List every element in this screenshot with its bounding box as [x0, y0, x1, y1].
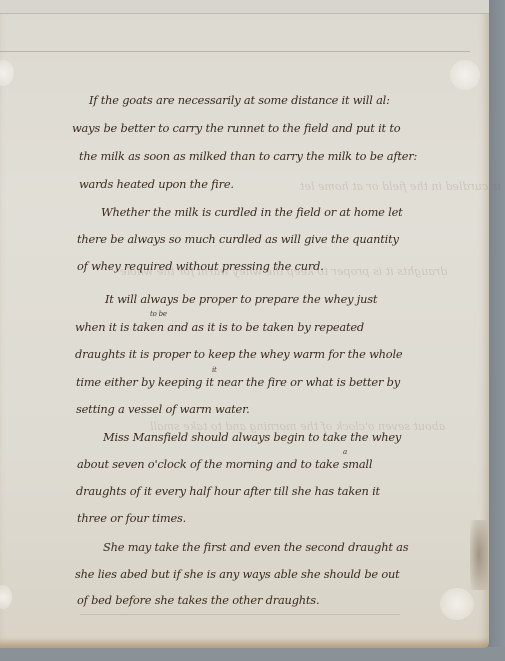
- text-line: draughts it is proper to keep the whey w…: [75, 347, 402, 361]
- interlinear-insertion: a: [343, 448, 347, 456]
- text-line: three or four times.: [77, 511, 186, 525]
- text-line: wards heated upon the fire.: [79, 177, 234, 191]
- interlinear-insertion: to be: [150, 310, 167, 318]
- text-line: setting a vessel of warm water.: [76, 402, 250, 416]
- paper-stain: [440, 588, 474, 620]
- text-line: draughts of it every half hour after til…: [76, 484, 380, 498]
- paper-stain: [0, 585, 12, 609]
- paper-stain: [0, 60, 14, 86]
- manuscript-page: Whether the milk is curdled in the field…: [0, 0, 489, 648]
- ruled-line-bottom: [80, 614, 400, 615]
- text-line: She may take the first and even the seco…: [103, 540, 408, 554]
- ink-smudge: [470, 520, 488, 590]
- paper-stain: [450, 60, 480, 90]
- page-top-fold: [0, 0, 489, 14]
- archival-backing-bottom: [0, 647, 505, 661]
- interlinear-insertion: it: [212, 366, 217, 374]
- text-line: the milk as soon as milked than to carry…: [79, 149, 417, 163]
- text-line: of whey required without pressing the cu…: [77, 259, 324, 273]
- archival-backing-right: [488, 0, 505, 661]
- text-line: Miss Mansfield should always begin to ta…: [103, 430, 401, 444]
- text-line: about seven o'clock of the morning and t…: [77, 457, 372, 471]
- text-line: Whether the milk is curdled in the field…: [101, 205, 403, 219]
- text-line: she lies abed but if she is any ways abl…: [75, 567, 400, 581]
- text-line: If the goats are necessarily at some dis…: [89, 93, 390, 107]
- show-through-text: Whether the milk is curdled in the field…: [300, 180, 505, 193]
- text-line: of bed before she takes the other draugh…: [77, 593, 319, 607]
- text-line: It will always be proper to prepare the …: [105, 292, 377, 306]
- text-line: there be always so much curdled as will …: [77, 232, 399, 246]
- text-line: ways be better to carry the runnet to th…: [72, 121, 400, 135]
- text-line: time either by keeping it near the fire …: [76, 375, 400, 389]
- ruled-line-top: [0, 51, 470, 52]
- text-line: when it is taken and as it is to be take…: [75, 320, 364, 334]
